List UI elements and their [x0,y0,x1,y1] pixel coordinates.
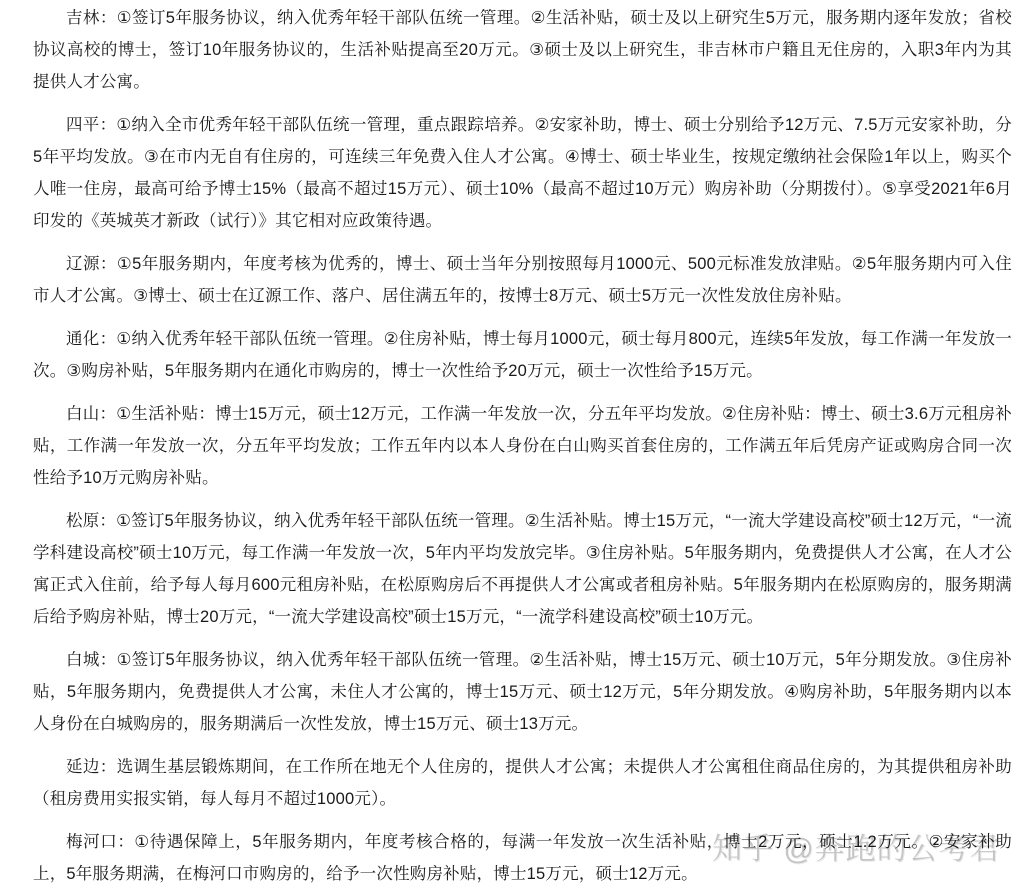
city-name-liaoyuan: 辽源 [66,255,100,273]
policy-paragraph-yanbian: 延边：选调生基层锻炼期间，在工作所在地无个人住房的，提供人才公寓；未提供人才公寓… [33,751,1012,815]
city-name-baishan: 白山 [66,405,100,423]
paragraph-text: ：①纳入优秀年轻干部队伍统一管理。②住房补贴，博士每月1000元，硕士每月800… [33,330,1012,380]
city-name-songyuan: 松原 [66,512,99,530]
policy-paragraph-siping: 四平：①纳入全市优秀年轻干部队伍统一管理，重点跟踪培养。②安家补助，博士、硕士分… [33,109,1012,237]
policy-paragraph-liaoyuan: 辽源：①5年服务期内，年度考核为优秀的，博士、硕士当年分别按照每月1000元、5… [33,248,1012,312]
paragraph-text: ：①纳入全市优秀年轻干部队伍统一管理，重点跟踪培养。②安家补助，博士、硕士分别给… [33,116,1012,230]
policy-paragraph-songyuan: 松原：①签订5年服务协议，纳入优秀年轻干部队伍统一管理。②生活补贴。博士15万元… [33,505,1012,633]
policy-article: 知乎 @奔跑的公考君 吉林：①签订5年服务协议，纳入优秀年轻干部队伍统一管理。②… [0,0,1026,890]
city-name-tonghua: 通化 [66,330,100,348]
policy-paragraph-baicheng: 白城：①签订5年服务协议，纳入优秀年轻干部队伍统一管理。②生活补贴，博士15万元… [33,644,1012,740]
paragraph-text: ：选调生基层锻炼期间，在工作所在地无个人住房的，提供人才公寓；未提供人才公寓租住… [33,758,1012,808]
paragraph-text: ：①签订5年服务协议，纳入优秀年轻干部队伍统一管理。②生活补贴，博士15万元、硕… [33,651,1012,733]
paragraph-text: ：①生活补贴：博士15万元，硕士12万元，工作满一年发放一次，分五年平均发放。②… [33,405,1012,487]
city-name-jilin: 吉林 [66,9,100,27]
paragraph-text: ：①5年服务期内，年度考核为优秀的，博士、硕士当年分别按照每月1000元、500… [33,255,1012,305]
city-name-siping: 四平 [66,116,100,134]
paragraph-text: ：①签订5年服务协议，纳入优秀年轻干部队伍统一管理。②生活补贴。博士15万元，“… [33,512,1012,626]
policy-paragraph-tonghua: 通化：①纳入优秀年轻干部队伍统一管理。②住房补贴，博士每月1000元，硕士每月8… [33,323,1012,387]
paragraph-text: ：①待遇保障上，5年服务期内，年度考核合格的，每满一年发放一次生活补贴，博士2万… [33,833,1012,883]
policy-paragraph-baishan: 白山：①生活补贴：博士15万元，硕士12万元，工作满一年发放一次，分五年平均发放… [33,398,1012,494]
city-name-baicheng: 白城 [66,651,100,669]
policy-paragraph-jilin: 吉林：①签订5年服务协议，纳入优秀年轻干部队伍统一管理。②生活补贴，硕士及以上研… [33,2,1012,98]
city-name-yanbian: 延边 [66,758,100,776]
city-name-meihekou: 梅河口 [66,833,117,851]
policy-paragraph-meihekou: 梅河口：①待遇保障上，5年服务期内，年度考核合格的，每满一年发放一次生活补贴，博… [33,826,1012,890]
paragraph-text: ：①签订5年服务协议，纳入优秀年轻干部队伍统一管理。②生活补贴，硕士及以上研究生… [33,9,1012,91]
